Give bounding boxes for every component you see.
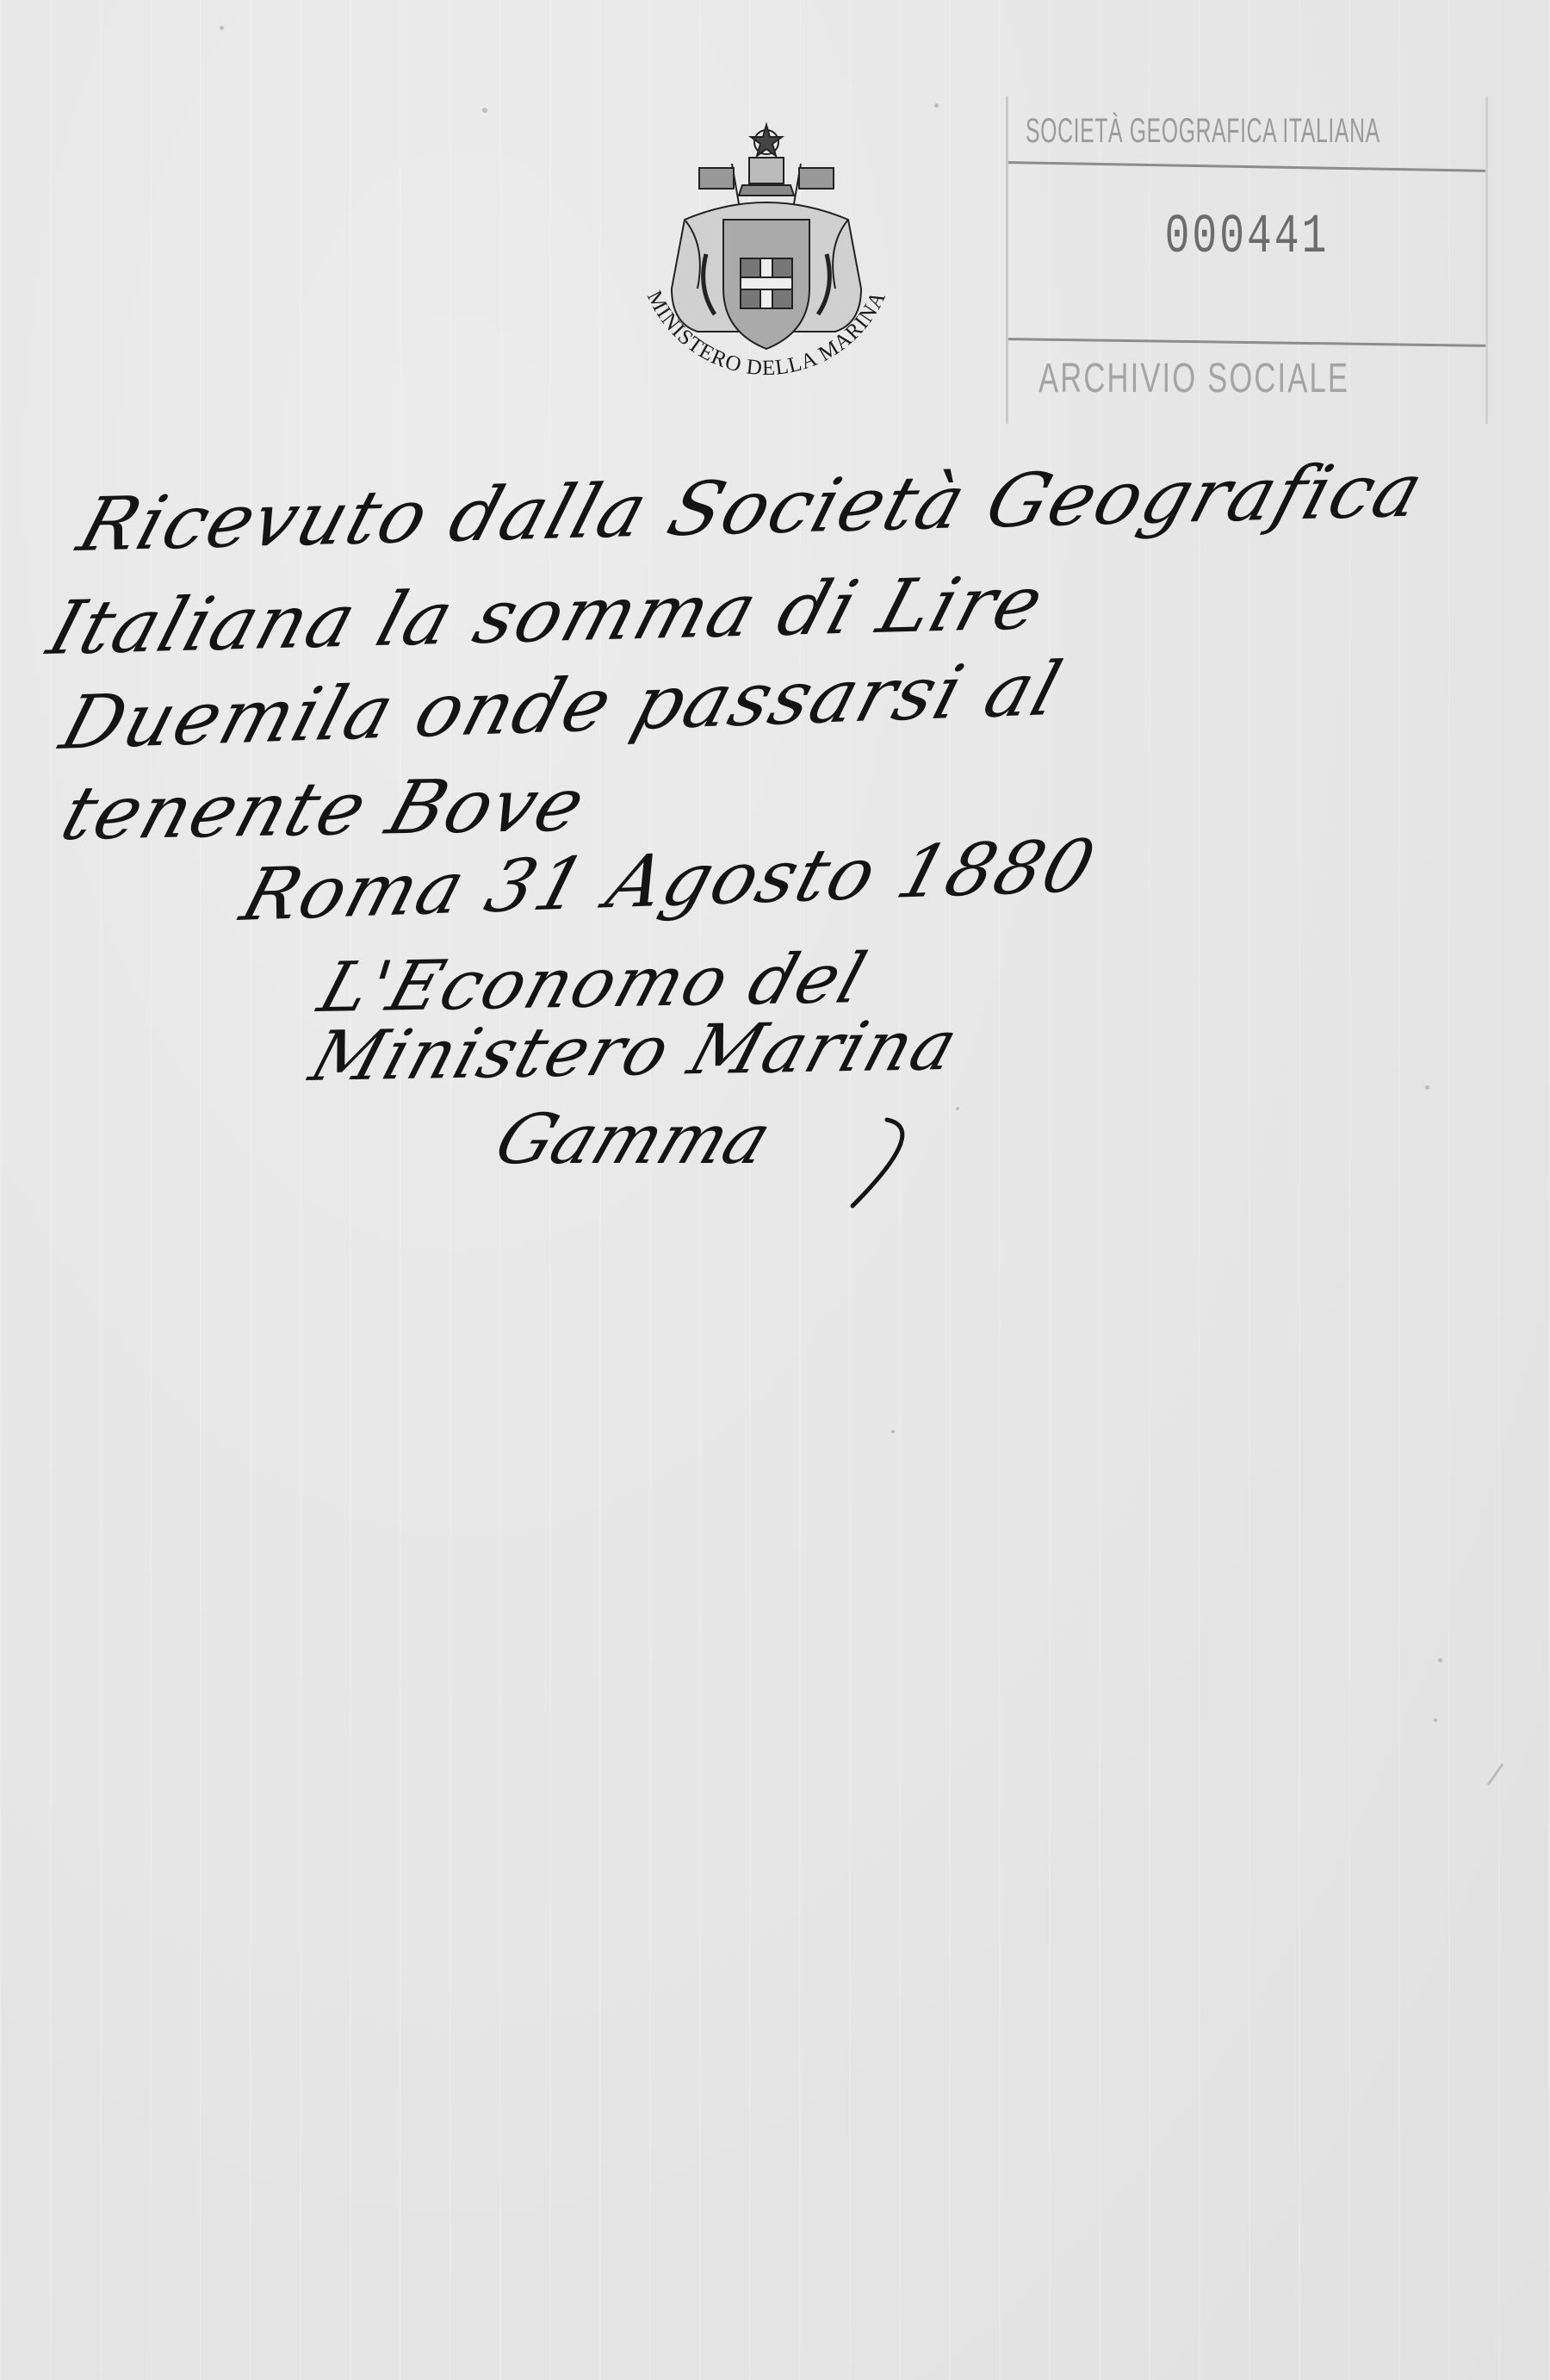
- letter-line: Ricevuto dalla Società Geografica: [69, 448, 1434, 569]
- signature-flourish-icon: [482, 1094, 999, 1215]
- paper-speck: [1487, 1763, 1504, 1786]
- closing-line: Ministero Marina: [301, 1005, 968, 1097]
- stamp-archive-number: 000441: [1068, 207, 1426, 269]
- paper-speck: [934, 103, 939, 108]
- coat-of-arms-icon: MINISTERO DELLA MARINA: [603, 116, 930, 418]
- stamp-footer: ARCHIVIO SOCIALE: [1038, 355, 1349, 402]
- stamp-divider: [1008, 338, 1485, 347]
- stamp-divider: [1008, 161, 1485, 172]
- stamp-header: SOCIETÀ GEOGRAFICA ITALIANA: [1026, 112, 1380, 151]
- paper-speck: [1434, 1718, 1437, 1722]
- paper-speck: [1438, 1658, 1442, 1662]
- letterhead-emblem: MINISTERO DELLA MARINA: [603, 116, 930, 418]
- paper-speck: [482, 108, 487, 113]
- paper-speck: [220, 26, 224, 30]
- archive-stamp: SOCIETÀ GEOGRAFICA ITALIANA 000441 ARCHI…: [1006, 96, 1488, 424]
- paper-speck: [1425, 1085, 1429, 1090]
- paper-speck: [956, 1107, 959, 1110]
- document-page: MINISTERO DELLA MARINA SOCIETÀ GEOGRAFIC…: [0, 0, 1550, 2380]
- letter-line: tenente Bove: [52, 762, 596, 857]
- signature: Gamma: [482, 1094, 999, 1215]
- paper-speck: [891, 1430, 895, 1433]
